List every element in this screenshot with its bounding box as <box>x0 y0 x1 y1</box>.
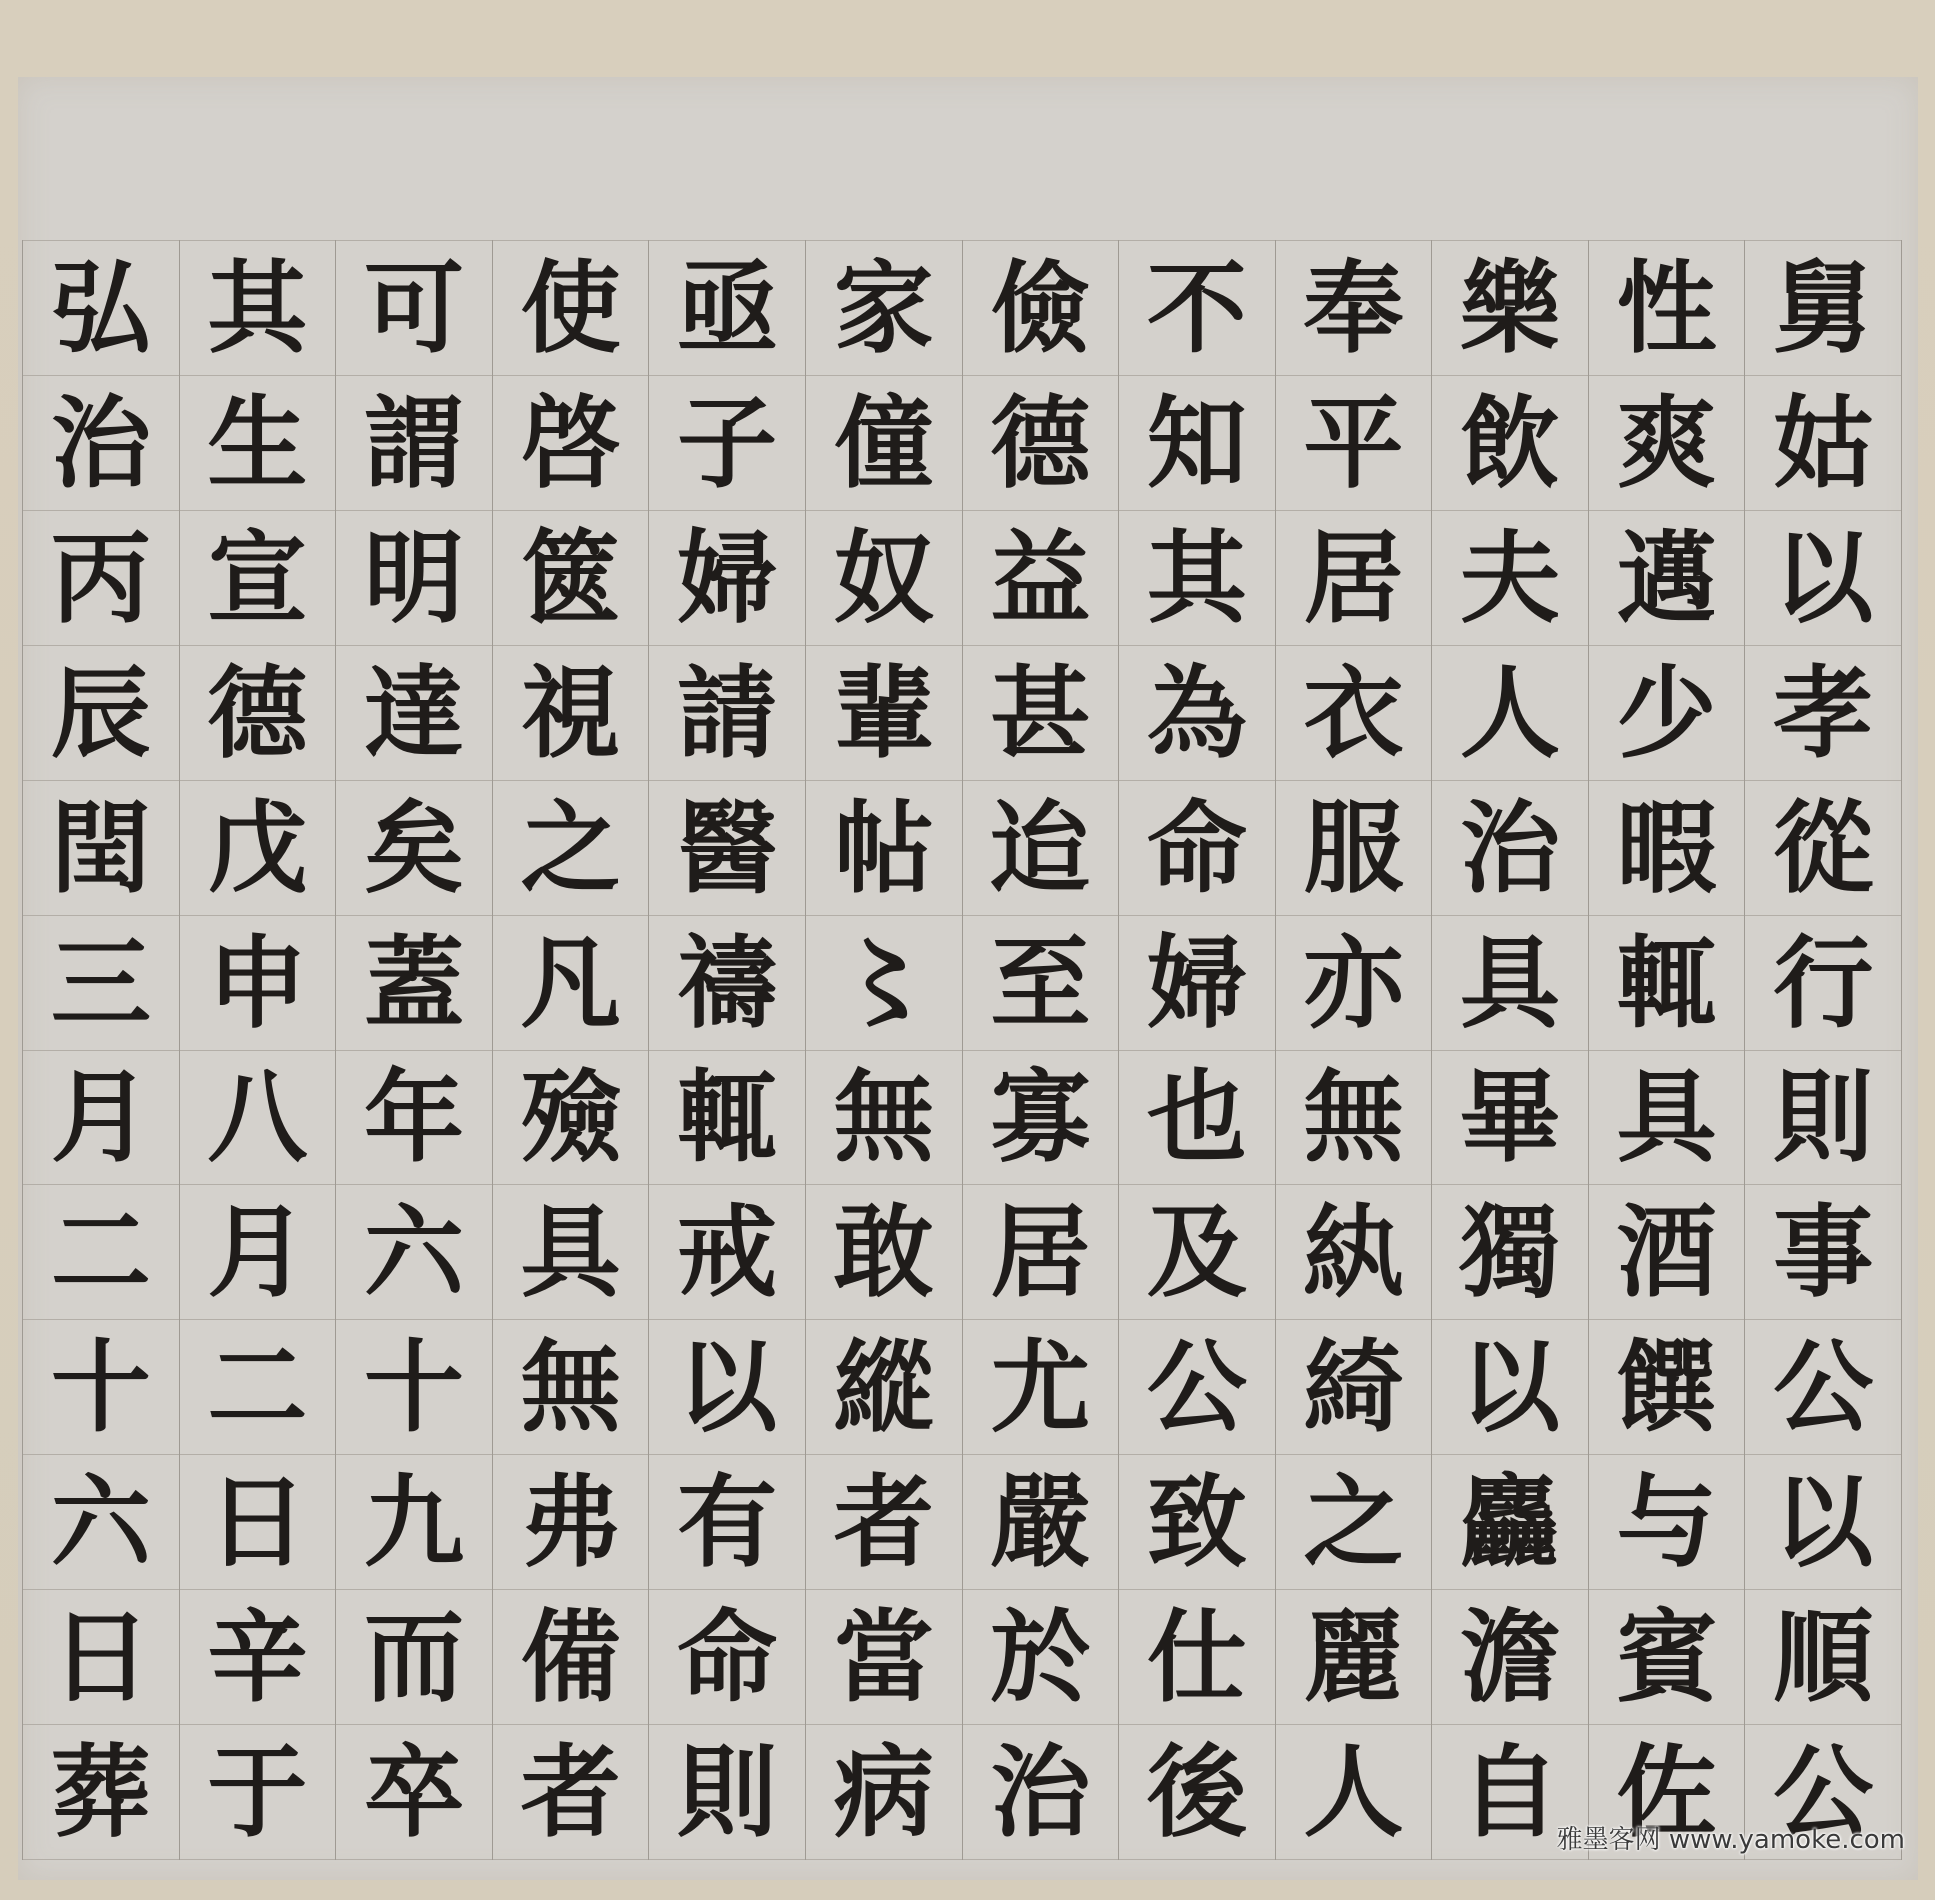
character-cell: 申 <box>180 915 336 1050</box>
character-cell: 命 <box>1119 780 1275 915</box>
character-cell: 殮 <box>493 1050 649 1185</box>
character-cell: 樂 <box>1432 240 1588 375</box>
character-cell: 儉 <box>963 240 1119 375</box>
character-cell: 具 <box>493 1184 649 1319</box>
text-column: 弘治丙辰閏三月二十六日葬 <box>22 240 179 1860</box>
character-cell: 致 <box>1119 1454 1275 1589</box>
text-column: 使啓篋視之凡殮具無弗備者 <box>492 240 649 1860</box>
character-cell: 夫 <box>1432 510 1588 645</box>
character-cell: 麤 <box>1432 1454 1588 1589</box>
character-cell: 其 <box>1119 510 1275 645</box>
character-cell: 凡 <box>493 915 649 1050</box>
character-cell: 亟 <box>649 240 805 375</box>
character-cell: 命 <box>649 1589 805 1724</box>
character-cell: 奴 <box>806 510 962 645</box>
character-cell: 德 <box>963 375 1119 510</box>
character-cell: 于 <box>180 1724 336 1860</box>
character-cell: 紈 <box>1276 1184 1432 1319</box>
character-cell: 蓋 <box>336 915 492 1050</box>
character-cell: 日 <box>23 1589 179 1724</box>
character-cell: 迨 <box>963 780 1119 915</box>
character-cell: 平 <box>1276 375 1432 510</box>
character-cell: 服 <box>1276 780 1432 915</box>
character-cell: 治 <box>23 375 179 510</box>
character-cell: 無 <box>493 1319 649 1454</box>
watermark: 雅墨客网 www.yamoke.com <box>1557 1819 1905 1856</box>
character-cell: 輒 <box>649 1050 805 1185</box>
character-cell: 二 <box>23 1184 179 1319</box>
character-cell: 戒 <box>649 1184 805 1319</box>
character-cell: 家 <box>806 240 962 375</box>
character-cell: 二 <box>180 1319 336 1454</box>
character-cell: 以 <box>1745 1454 1901 1589</box>
character-cell: 公 <box>1745 1319 1901 1454</box>
text-column: 舅姑以孝從行則事公以順公 <box>1744 240 1902 1860</box>
character-cell: 謂 <box>336 375 492 510</box>
character-cell: 孝 <box>1745 645 1901 780</box>
character-cell: 弘 <box>23 240 179 375</box>
character-cell: 人 <box>1432 645 1588 780</box>
character-cell: 之 <box>1276 1454 1432 1589</box>
character-cell: 順 <box>1745 1589 1901 1724</box>
character-cell: 以 <box>1745 510 1901 645</box>
character-cell: 六 <box>336 1184 492 1319</box>
character-cell: 葬 <box>23 1724 179 1860</box>
character-cell: 仕 <box>1119 1589 1275 1724</box>
character-cell: 婦 <box>649 510 805 645</box>
text-column: 性爽邁少暇輒具酒饌与賓佐 <box>1588 240 1745 1860</box>
character-cell: 德 <box>180 645 336 780</box>
text-column: 不知其為命婦也及公致仕後 <box>1118 240 1275 1860</box>
character-cell: 居 <box>963 1184 1119 1319</box>
character-cell: 邁 <box>1589 510 1745 645</box>
character-cell: 具 <box>1589 1050 1745 1185</box>
character-cell: 治 <box>963 1724 1119 1860</box>
text-column: 其生宣德戊申八月二日辛于 <box>179 240 336 1860</box>
character-cell: 戊 <box>180 780 336 915</box>
character-cell: 三 <box>23 915 179 1050</box>
character-cell: 後 <box>1119 1724 1275 1860</box>
character-cell: 也 <box>1119 1050 1275 1185</box>
character-cell: 備 <box>493 1589 649 1724</box>
text-column: 奉平居衣服亦無紈綺之麗人 <box>1275 240 1432 1860</box>
character-cell: 奉 <box>1276 240 1432 375</box>
text-column: 樂飲夫人治具畢獨以麤澹自 <box>1431 240 1588 1860</box>
character-cell: 為 <box>1119 645 1275 780</box>
character-cell: 十 <box>336 1319 492 1454</box>
character-cell: 暇 <box>1589 780 1745 915</box>
character-cell: 年 <box>336 1050 492 1185</box>
character-cell: 舅 <box>1745 240 1901 375</box>
character-cell: 請 <box>649 645 805 780</box>
character-cell: 則 <box>1745 1050 1901 1185</box>
character-cell: 者 <box>806 1454 962 1589</box>
character-cell: 其 <box>180 240 336 375</box>
character-cell: 達 <box>336 645 492 780</box>
character-cell: 辛 <box>180 1589 336 1724</box>
character-cell: 六 <box>23 1454 179 1589</box>
character-cell: 爽 <box>1589 375 1745 510</box>
character-cell: 病 <box>806 1724 962 1860</box>
character-cell: 僮 <box>806 375 962 510</box>
character-cell: 帖 <box>806 780 962 915</box>
character-cell: 及 <box>1119 1184 1275 1319</box>
character-cell: 具 <box>1432 915 1588 1050</box>
character-cell: 人 <box>1276 1724 1432 1860</box>
character-cell: 獨 <box>1432 1184 1588 1319</box>
character-cell: 〻 <box>806 915 962 1050</box>
character-cell: 九 <box>336 1454 492 1589</box>
text-column: 儉德益甚迨至寡居尤嚴於治 <box>962 240 1119 1860</box>
character-cell: 少 <box>1589 645 1745 780</box>
character-cell: 畢 <box>1432 1050 1588 1185</box>
character-cell: 飲 <box>1432 375 1588 510</box>
character-cell: 知 <box>1119 375 1275 510</box>
character-cell: 嚴 <box>963 1454 1119 1589</box>
character-cell: 衣 <box>1276 645 1432 780</box>
character-cell: 婦 <box>1119 915 1275 1050</box>
character-cell: 輩 <box>806 645 962 780</box>
character-cell: 而 <box>336 1589 492 1724</box>
character-cell: 治 <box>1432 780 1588 915</box>
character-cell: 明 <box>336 510 492 645</box>
character-cell: 有 <box>649 1454 805 1589</box>
character-cell: 行 <box>1745 915 1901 1050</box>
character-cell: 姑 <box>1745 375 1901 510</box>
character-cell: 酒 <box>1589 1184 1745 1319</box>
character-cell: 禱 <box>649 915 805 1050</box>
character-cell: 於 <box>963 1589 1119 1724</box>
character-cell: 閏 <box>23 780 179 915</box>
character-cell: 縱 <box>806 1319 962 1454</box>
character-cell: 以 <box>1432 1319 1588 1454</box>
character-cell: 子 <box>649 375 805 510</box>
character-cell: 綺 <box>1276 1319 1432 1454</box>
character-cell: 輒 <box>1589 915 1745 1050</box>
character-cell: 以 <box>649 1319 805 1454</box>
character-cell: 視 <box>493 645 649 780</box>
character-cell: 無 <box>1276 1050 1432 1185</box>
character-cell: 宣 <box>180 510 336 645</box>
character-cell: 弗 <box>493 1454 649 1589</box>
character-cell: 寡 <box>963 1050 1119 1185</box>
calligraphy-grid: 舅姑以孝從行則事公以順公性爽邁少暇輒具酒饌与賓佐樂飲夫人治具畢獨以麤澹自奉平居衣… <box>22 240 1902 1860</box>
character-cell: 月 <box>180 1184 336 1319</box>
character-cell: 益 <box>963 510 1119 645</box>
character-cell: 与 <box>1589 1454 1745 1589</box>
character-cell: 八 <box>180 1050 336 1185</box>
character-cell: 居 <box>1276 510 1432 645</box>
character-cell: 醫 <box>649 780 805 915</box>
character-cell: 啓 <box>493 375 649 510</box>
character-cell: 尤 <box>963 1319 1119 1454</box>
character-cell: 卒 <box>336 1724 492 1860</box>
character-cell: 辰 <box>23 645 179 780</box>
character-cell: 十 <box>23 1319 179 1454</box>
text-column: 可謂明達矣蓋年六十九而卒 <box>335 240 492 1860</box>
character-cell: 篋 <box>493 510 649 645</box>
text-column: 亟子婦請醫禱輒戒以有命則 <box>648 240 805 1860</box>
character-cell: 則 <box>649 1724 805 1860</box>
character-cell: 饌 <box>1589 1319 1745 1454</box>
character-cell: 不 <box>1119 240 1275 375</box>
character-cell: 賓 <box>1589 1589 1745 1724</box>
character-cell: 亦 <box>1276 915 1432 1050</box>
character-cell: 甚 <box>963 645 1119 780</box>
character-cell: 至 <box>963 915 1119 1050</box>
character-cell: 生 <box>180 375 336 510</box>
character-cell: 丙 <box>23 510 179 645</box>
character-cell: 澹 <box>1432 1589 1588 1724</box>
text-column: 家僮奴輩帖〻無敢縱者當病 <box>805 240 962 1860</box>
character-cell: 矣 <box>336 780 492 915</box>
character-cell: 事 <box>1745 1184 1901 1319</box>
character-cell: 之 <box>493 780 649 915</box>
character-cell: 麗 <box>1276 1589 1432 1724</box>
character-cell: 敢 <box>806 1184 962 1319</box>
character-cell: 當 <box>806 1589 962 1724</box>
character-cell: 從 <box>1745 780 1901 915</box>
character-cell: 日 <box>180 1454 336 1589</box>
character-cell: 公 <box>1119 1319 1275 1454</box>
character-cell: 者 <box>493 1724 649 1860</box>
character-cell: 使 <box>493 240 649 375</box>
character-cell: 可 <box>336 240 492 375</box>
character-cell: 月 <box>23 1050 179 1185</box>
character-cell: 無 <box>806 1050 962 1185</box>
character-cell: 性 <box>1589 240 1745 375</box>
